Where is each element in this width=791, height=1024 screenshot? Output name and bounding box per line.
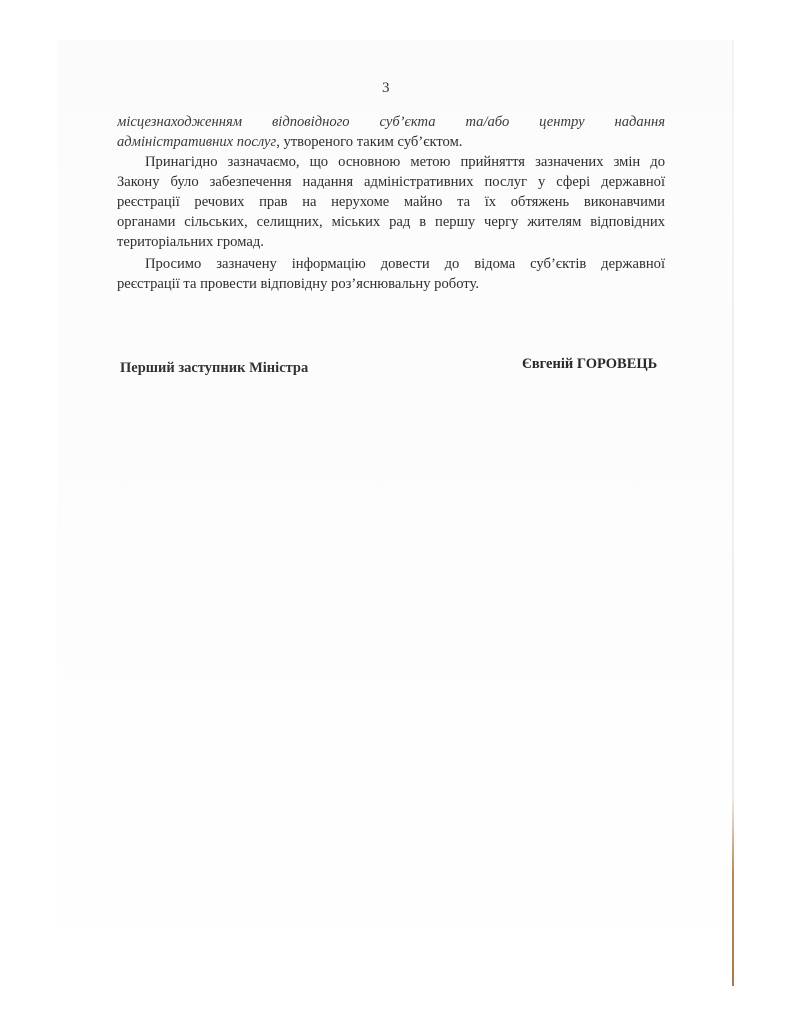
word: та/або — [465, 114, 509, 130]
paragraph-request: Просимо зазначену інформацію довести до … — [117, 254, 665, 294]
word: надання — [615, 114, 665, 130]
paragraph-line: Просимо зазначену інформацію довести до … — [117, 254, 665, 274]
signatory-name: Євгеній ГОРОВЕЦЬ — [522, 356, 657, 373]
paragraph-line: Принагідно зазначаємо, що основною метою… — [117, 152, 665, 172]
continuation-paragraph: місцезнаходженням відповідного суб’єкта … — [117, 112, 665, 152]
word: місцезнаходженням — [117, 114, 242, 130]
paragraph-line: реєстрації та провести відповідну роз’яс… — [117, 274, 665, 294]
paragraph-line: територіальних громад. — [117, 232, 665, 252]
continuation-line-2: адміністративних послуг, утвореного таки… — [117, 132, 665, 152]
page-number: 3 — [382, 80, 390, 97]
continuation-plain-text: , утвореного таким суб’єктом. — [276, 134, 462, 150]
paragraph-main-purpose: Принагідно зазначаємо, що основною метою… — [117, 152, 665, 252]
word: відповідного — [272, 114, 350, 130]
signatory-title: Перший заступник Міністра — [120, 360, 308, 377]
word: центру — [539, 114, 585, 130]
continuation-line-1: місцезнаходженням відповідного суб’єкта … — [117, 112, 665, 132]
paragraph-line: реєстрації речових прав на нерухоме майн… — [117, 192, 665, 212]
paragraph-line: органами сільських, селищних, міських ра… — [117, 212, 665, 232]
page-edge-line — [732, 40, 734, 986]
paragraph-line: Закону було забезпечення надання адмініс… — [117, 172, 665, 192]
continuation-italic-text: адміністративних послуг — [117, 134, 276, 150]
word: суб’єкта — [379, 114, 435, 130]
